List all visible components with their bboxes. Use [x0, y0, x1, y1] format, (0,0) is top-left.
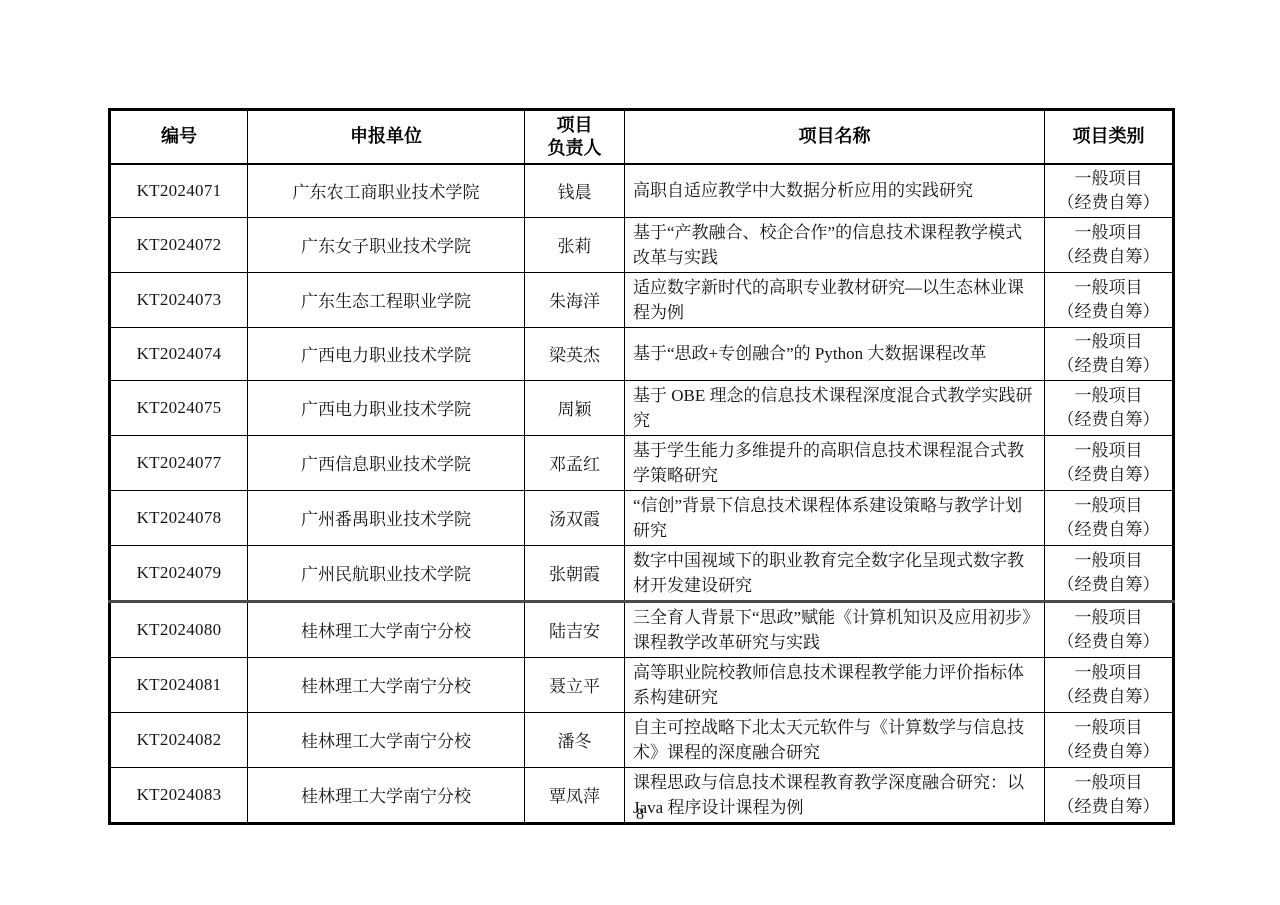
table-row: KT2024081 桂林理工大学南宁分校 聂立平 高等职业院校教师信息技术课程教… [110, 657, 1174, 712]
category-line1: 一般项目 [1047, 330, 1170, 354]
applicant-unit: 广西电力职业技术学院 [248, 380, 525, 435]
document-page: 编号 申报单位 项目 负责人 项目名称 项目类别 KT2024071 广东农工商… [0, 0, 1280, 905]
applicant-unit: 广东生态工程职业学院 [248, 272, 525, 327]
applicant-unit: 广州番禺职业技术学院 [248, 490, 525, 545]
applicant-unit: 桂林理工大学南宁分校 [248, 657, 525, 712]
project-id: KT2024077 [110, 435, 248, 490]
table-row: KT2024078 广州番禺职业技术学院 汤双霞 “信创”背景下信息技术课程体系… [110, 490, 1174, 545]
project-leader: 聂立平 [525, 657, 625, 712]
category-line2: （经费自筹） [1047, 245, 1170, 269]
category-line2: （经费自筹） [1047, 300, 1170, 324]
project-title: 基于学生能力多维提升的高职信息技术课程混合式教学策略研究 [625, 435, 1045, 490]
applicant-unit: 广东农工商职业技术学院 [248, 164, 525, 218]
header-leader-line1: 项目 [529, 114, 620, 137]
category-line1: 一般项目 [1047, 167, 1170, 191]
project-category: 一般项目 （经费自筹） [1045, 545, 1174, 601]
table-row: KT2024075 广西电力职业技术学院 周颖 基于 OBE 理念的信息技术课程… [110, 380, 1174, 435]
table-row: KT2024072 广东女子职业技术学院 张莉 基于“产教融合、校企合作”的信息… [110, 217, 1174, 272]
table-row: KT2024071 广东农工商职业技术学院 钱晨 高职自适应教学中大数据分析应用… [110, 164, 1174, 218]
category-line2: （经费自筹） [1047, 354, 1170, 378]
applicant-unit: 广西信息职业技术学院 [248, 435, 525, 490]
project-title: 适应数字新时代的高职专业教材研究—以生态林业课程为例 [625, 272, 1045, 327]
category-line2: （经费自筹） [1047, 630, 1170, 654]
table-row: KT2024077 广西信息职业技术学院 邓孟红 基于学生能力多维提升的高职信息… [110, 435, 1174, 490]
category-line2: （经费自筹） [1047, 685, 1170, 709]
project-title: 基于“产教融合、校企合作”的信息技术课程教学模式改革与实践 [625, 217, 1045, 272]
project-leader: 陆吉安 [525, 601, 625, 657]
project-category: 一般项目 （经费自筹） [1045, 217, 1174, 272]
project-title: 高等职业院校教师信息技术课程教学能力评价指标体系构建研究 [625, 657, 1045, 712]
applicant-unit: 广西电力职业技术学院 [248, 327, 525, 380]
applicant-unit: 广州民航职业技术学院 [248, 545, 525, 601]
category-line2: （经费自筹） [1047, 573, 1170, 597]
header-leader-line2: 负责人 [529, 137, 620, 160]
table-row: KT2024079 广州民航职业技术学院 张朝霞 数字中国视域下的职业教育完全数… [110, 545, 1174, 601]
projects-table: 编号 申报单位 项目 负责人 项目名称 项目类别 KT2024071 广东农工商… [108, 108, 1175, 825]
header-unit: 申报单位 [248, 110, 525, 164]
category-line1: 一般项目 [1047, 494, 1170, 518]
project-leader: 张朝霞 [525, 545, 625, 601]
project-category: 一般项目 （经费自筹） [1045, 380, 1174, 435]
project-leader: 朱海洋 [525, 272, 625, 327]
project-id: KT2024074 [110, 327, 248, 380]
project-id: KT2024078 [110, 490, 248, 545]
header-category: 项目类别 [1045, 110, 1174, 164]
category-line2: （经费自筹） [1047, 518, 1170, 542]
header-name: 项目名称 [625, 110, 1045, 164]
project-id: KT2024079 [110, 545, 248, 601]
project-leader: 汤双霞 [525, 490, 625, 545]
project-category: 一般项目 （经费自筹） [1045, 490, 1174, 545]
project-title: 自主可控战略下北太天元软件与《计算数学与信息技术》课程的深度融合研究 [625, 712, 1045, 767]
table-row: KT2024074 广西电力职业技术学院 梁英杰 基于“思政+专创融合”的 Py… [110, 327, 1174, 380]
project-id: KT2024082 [110, 712, 248, 767]
category-line1: 一般项目 [1047, 661, 1170, 685]
project-leader: 潘冬 [525, 712, 625, 767]
applicant-unit: 桂林理工大学南宁分校 [248, 712, 525, 767]
category-line2: （经费自筹） [1047, 463, 1170, 487]
category-line1: 一般项目 [1047, 549, 1170, 573]
category-line2: （经费自筹） [1047, 740, 1170, 764]
project-id: KT2024075 [110, 380, 248, 435]
project-category: 一般项目 （经费自筹） [1045, 164, 1174, 218]
project-category: 一般项目 （经费自筹） [1045, 272, 1174, 327]
category-line1: 一般项目 [1047, 439, 1170, 463]
category-line1: 一般项目 [1047, 771, 1170, 795]
table-header-row: 编号 申报单位 项目 负责人 项目名称 项目类别 [110, 110, 1174, 164]
project-leader: 周颖 [525, 380, 625, 435]
project-leader: 梁英杰 [525, 327, 625, 380]
category-line2: （经费自筹） [1047, 191, 1170, 215]
category-line1: 一般项目 [1047, 276, 1170, 300]
project-id: KT2024072 [110, 217, 248, 272]
project-title: “信创”背景下信息技术课程体系建设策略与教学计划研究 [625, 490, 1045, 545]
project-title: 高职自适应教学中大数据分析应用的实践研究 [625, 164, 1045, 218]
project-title: 三全育人背景下“思政”赋能《计算机知识及应用初步》课程教学改革研究与实践 [625, 601, 1045, 657]
category-line2: （经费自筹） [1047, 408, 1170, 432]
project-id: KT2024081 [110, 657, 248, 712]
category-line1: 一般项目 [1047, 716, 1170, 740]
project-leader: 钱晨 [525, 164, 625, 218]
table-row: KT2024082 桂林理工大学南宁分校 潘冬 自主可控战略下北太天元软件与《计… [110, 712, 1174, 767]
project-title: 基于“思政+专创融合”的 Python 大数据课程改革 [625, 327, 1045, 380]
category-line1: 一般项目 [1047, 221, 1170, 245]
project-title: 数字中国视域下的职业教育完全数字化呈现式数字教材开发建设研究 [625, 545, 1045, 601]
applicant-unit: 广东女子职业技术学院 [248, 217, 525, 272]
project-id: KT2024071 [110, 164, 248, 218]
project-id: KT2024080 [110, 601, 248, 657]
category-line1: 一般项目 [1047, 384, 1170, 408]
page-number: 8 [108, 806, 1172, 824]
table-row: KT2024080 桂林理工大学南宁分校 陆吉安 三全育人背景下“思政”赋能《计… [110, 601, 1174, 657]
category-line1: 一般项目 [1047, 606, 1170, 630]
project-category: 一般项目 （经费自筹） [1045, 435, 1174, 490]
applicant-unit: 桂林理工大学南宁分校 [248, 601, 525, 657]
project-leader: 张莉 [525, 217, 625, 272]
header-leader: 项目 负责人 [525, 110, 625, 164]
project-category: 一般项目 （经费自筹） [1045, 712, 1174, 767]
header-id: 编号 [110, 110, 248, 164]
table-row: KT2024073 广东生态工程职业学院 朱海洋 适应数字新时代的高职专业教材研… [110, 272, 1174, 327]
project-title: 基于 OBE 理念的信息技术课程深度混合式教学实践研究 [625, 380, 1045, 435]
project-category: 一般项目 （经费自筹） [1045, 601, 1174, 657]
project-id: KT2024073 [110, 272, 248, 327]
project-category: 一般项目 （经费自筹） [1045, 657, 1174, 712]
project-leader: 邓孟红 [525, 435, 625, 490]
project-category: 一般项目 （经费自筹） [1045, 327, 1174, 380]
